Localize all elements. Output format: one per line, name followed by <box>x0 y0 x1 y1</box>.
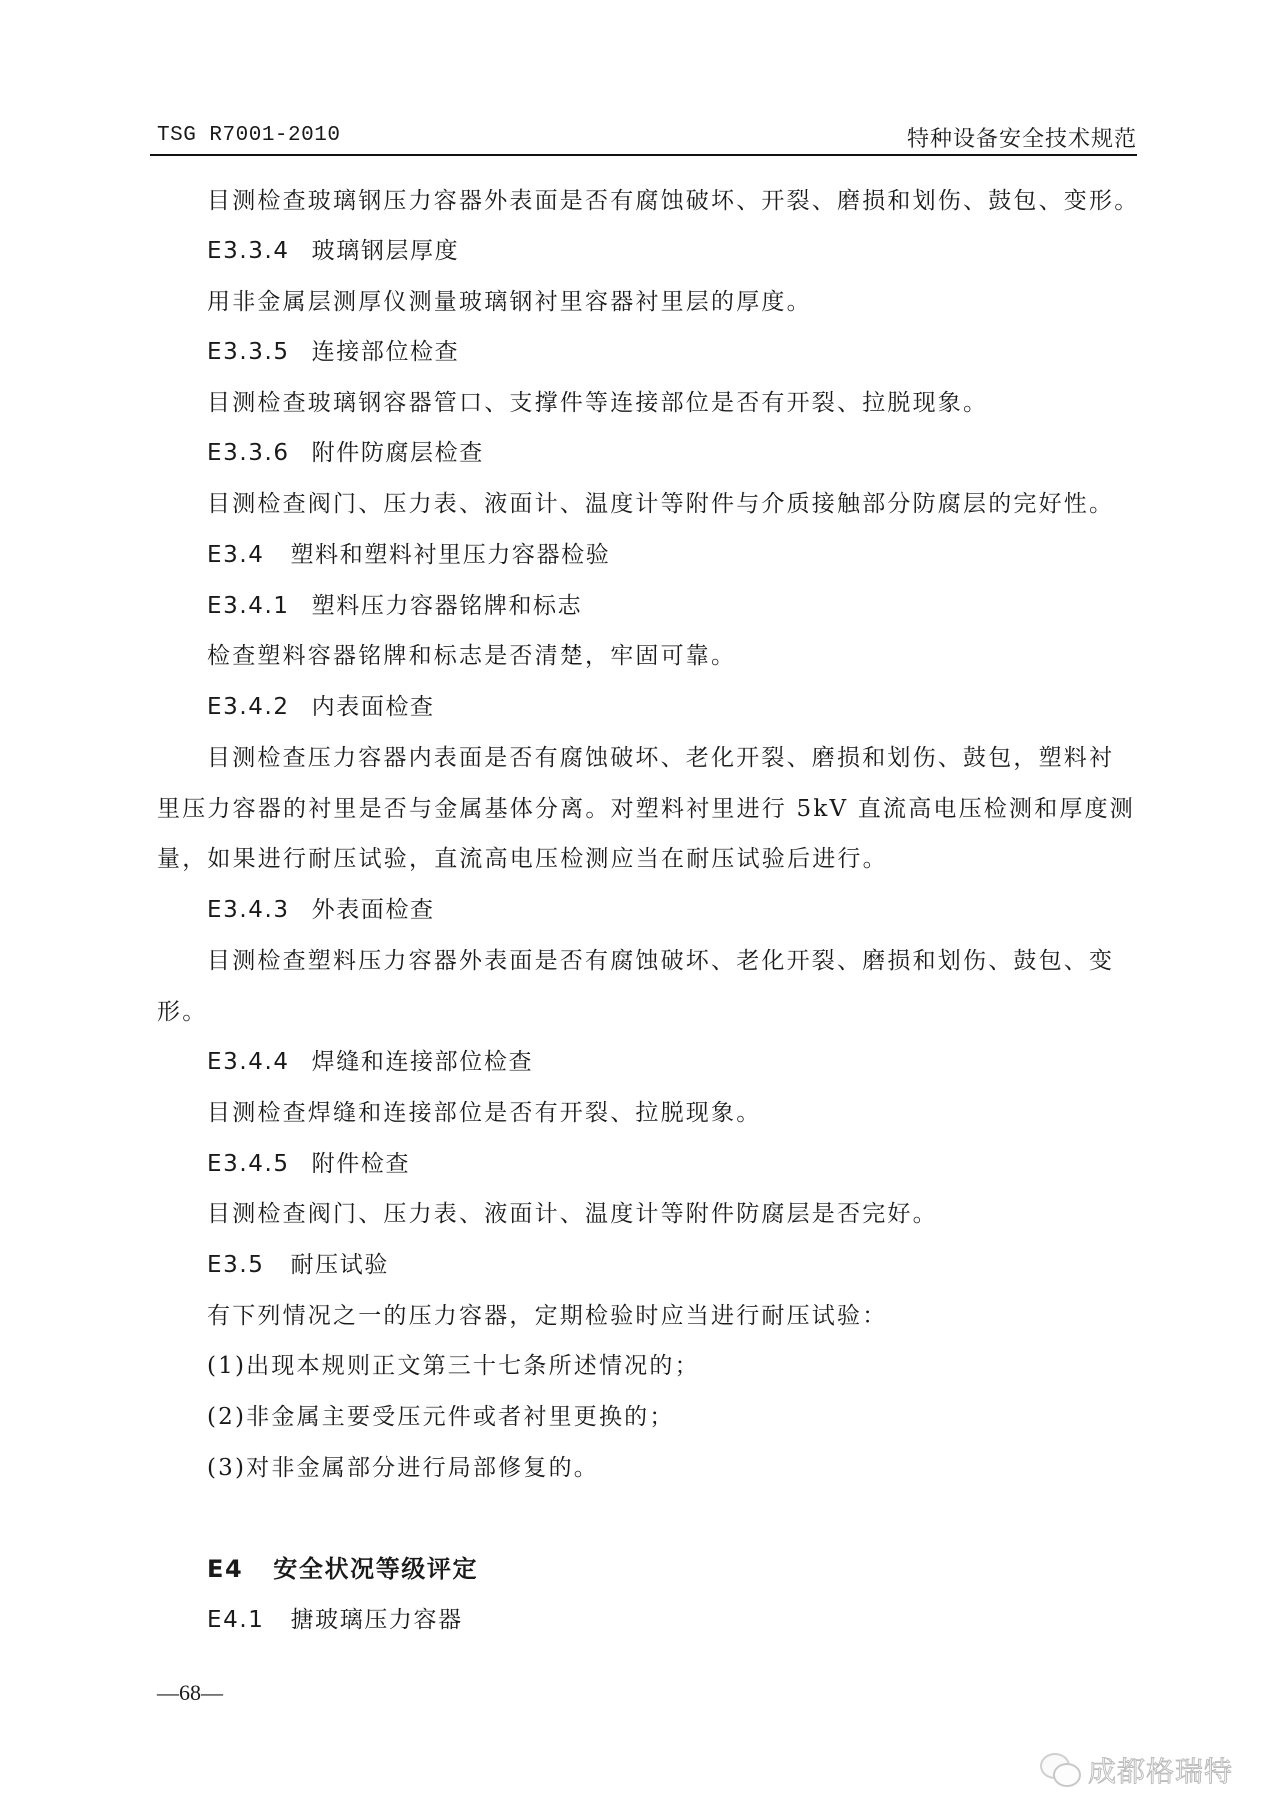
list-item: (2)非金属主要受压元件或者衬里更换的； <box>207 1402 675 1432</box>
wechat-icon <box>1040 1753 1080 1787</box>
section-number: E4 <box>207 1554 243 1584</box>
section-title: 安全状况等级评定 <box>273 1555 478 1583</box>
paragraph: 目测检查阀门、压力表、液面计、温度计等附件与介质接触部分防腐层的完好性。 <box>207 489 1114 519</box>
paragraph-continuation: 里压力容器的衬里是否与金属基体分离。对塑料衬里进行 5kV 直流高电压检测和厚度… <box>157 794 1135 824</box>
section-number: E3.4.1 <box>207 591 290 621</box>
list-item: (1)出现本规则正文第三十七条所述情况的； <box>207 1351 700 1381</box>
section-title: 连接部位检查 <box>312 339 460 365</box>
section-title: 附件检查 <box>312 1151 410 1177</box>
section-number: E3.3.5 <box>207 337 290 367</box>
section-heading: E3.4.3外表面检查 <box>207 895 435 925</box>
section-heading: E4.1搪玻璃压力容器 <box>207 1605 463 1635</box>
section-number: E3.4.5 <box>207 1149 290 1179</box>
section-title: 内表面检查 <box>312 694 435 720</box>
section-number: E3.4 <box>207 540 265 570</box>
section-number: E3.4.2 <box>207 692 290 722</box>
section-title: 塑料压力容器铭牌和标志 <box>312 593 583 619</box>
paragraph: 有下列情况之一的压力容器，定期检验时应当进行耐压试验： <box>207 1301 887 1331</box>
paragraph-continuation: 量，如果进行耐压试验，直流高电压检测应当在耐压试验后进行。 <box>157 844 888 874</box>
section-heading: E3.3.4玻璃钢层厚度 <box>207 236 459 266</box>
paragraph: 目测检查焊缝和连接部位是否有开裂、拉脱现象。 <box>207 1098 761 1128</box>
paragraph: 目测检查塑料压力容器外表面是否有腐蚀破坏、老化开裂、磨损和划伤、鼓包、变 <box>207 946 1114 976</box>
section-heading: E3.4塑料和塑料衬里压力容器检验 <box>207 540 610 570</box>
section-title: 外表面检查 <box>312 897 435 923</box>
paragraph: 目测检查压力容器内表面是否有腐蚀破坏、老化开裂、磨损和划伤、鼓包，塑料衬 <box>207 743 1114 773</box>
section-title: 焊缝和连接部位检查 <box>312 1049 533 1075</box>
watermark: 成都格瑞特 <box>1040 1750 1233 1790</box>
section-number: E3.4.4 <box>207 1047 290 1077</box>
document-code: TSG R7001-2010 <box>157 124 340 147</box>
section-number: E3.4.3 <box>207 895 290 925</box>
paragraph: 目测检查玻璃钢容器管口、支撑件等连接部位是否有开裂、拉脱现象。 <box>207 388 988 418</box>
paragraph: 目测检查玻璃钢压力容器外表面是否有腐蚀破坏、开裂、磨损和划伤、鼓包、变形。 <box>207 186 1139 216</box>
section-number: E3.3.4 <box>207 236 290 266</box>
section-heading: E3.3.5连接部位检查 <box>207 337 459 367</box>
section-title: 搪玻璃压力容器 <box>291 1607 463 1633</box>
section-heading: E3.3.6附件防腐层检查 <box>207 438 484 468</box>
section-number: E3.3.6 <box>207 438 290 468</box>
section-title: 附件防腐层检查 <box>312 440 484 466</box>
section-heading: E3.4.4焊缝和连接部位检查 <box>207 1047 533 1077</box>
list-item: (3)对非金属部分进行局部修复的。 <box>207 1453 599 1483</box>
section-heading: E3.5耐压试验 <box>207 1250 389 1280</box>
watermark-text: 成都格瑞特 <box>1088 1750 1233 1790</box>
document-series: 特种设备安全技术规范 <box>907 122 1137 153</box>
section-heading: E3.4.5附件检查 <box>207 1149 410 1179</box>
paragraph-continuation: 形。 <box>157 997 207 1027</box>
section-heading: E3.4.1塑料压力容器铭牌和标志 <box>207 591 582 621</box>
section-number: E4.1 <box>207 1605 265 1635</box>
section-number: E3.5 <box>207 1250 265 1280</box>
section-title: 耐压试验 <box>291 1252 389 1278</box>
section-heading: E3.4.2内表面检查 <box>207 692 435 722</box>
header-divider <box>150 154 1137 156</box>
paragraph: 目测检查阀门、压力表、液面计、温度计等附件防腐层是否完好。 <box>207 1199 938 1229</box>
section-title: 塑料和塑料衬里压力容器检验 <box>291 542 611 568</box>
page-number: —68— <box>157 1680 223 1706</box>
paragraph: 检查塑料容器铭牌和标志是否清楚，牢固可靠。 <box>207 641 736 671</box>
paragraph: 用非金属层测厚仪测量玻璃钢衬里容器衬里层的厚度。 <box>207 287 812 317</box>
section-title: 玻璃钢层厚度 <box>312 238 460 264</box>
chapter-heading: E4安全状况等级评定 <box>207 1554 478 1584</box>
